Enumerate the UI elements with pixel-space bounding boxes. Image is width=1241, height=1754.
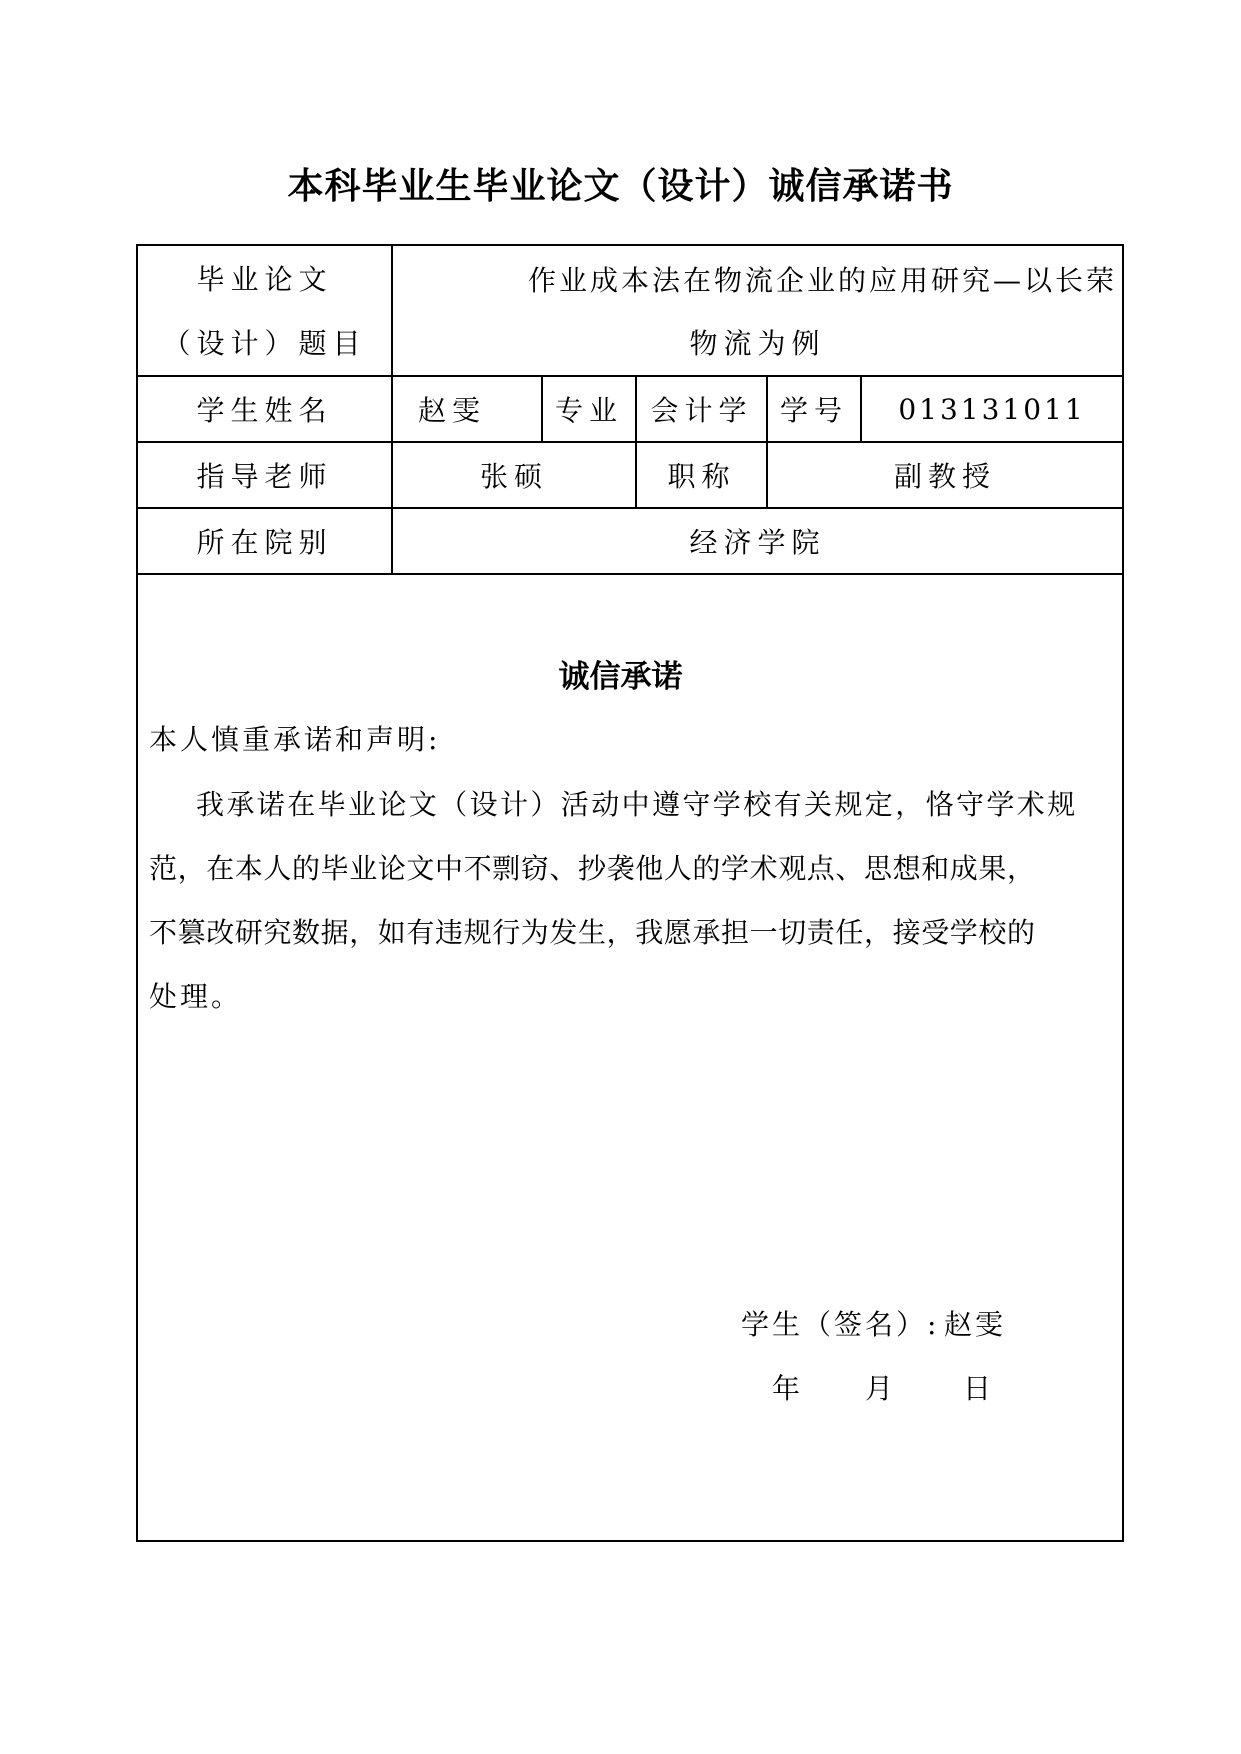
thesis-title-line2: 物流为例 [393, 310, 1122, 374]
student-id-label: 学号 [768, 377, 860, 441]
advisor-label: 指导老师 [138, 443, 391, 507]
table-border-bottom [136, 1540, 1124, 1542]
college-label: 所在院别 [138, 509, 391, 573]
thesis-title-line1: 作业成本法在物流企业的应用研究—以长荣 [528, 259, 1117, 299]
date-day-label: 日 [963, 1367, 994, 1407]
student-name-value: 赵雯 [393, 377, 541, 441]
student-name-label: 学生姓名 [138, 377, 391, 441]
pledge-line: 处理。 [149, 975, 242, 1015]
pledge-heading: 诚信承诺 [0, 651, 1241, 696]
signature-label: 学生（签名）: [741, 1303, 939, 1343]
advisor-title-label: 职称 [637, 443, 766, 507]
student-id-value: 013131011 [862, 377, 1122, 441]
date-month-label: 月 [865, 1367, 896, 1407]
signature-name: 赵雯 [944, 1303, 1006, 1343]
table-border-right [1122, 244, 1124, 1542]
college-value: 经济学院 [393, 509, 1122, 573]
thesis-label-line1: 毕业论文 [138, 246, 391, 310]
pledge-intro: 本人慎重承诺和声明: [149, 718, 440, 758]
advisor-title-value: 副教授 [768, 443, 1122, 507]
major-value: 会计学 [637, 377, 766, 441]
advisor-value: 张硕 [393, 443, 635, 507]
major-label: 专业 [543, 377, 635, 441]
row-divider [136, 573, 1124, 575]
thesis-label-line2: （设计）题目 [138, 310, 391, 374]
document-title: 本科毕业生毕业论文（设计）诚信承诺书 [0, 158, 1241, 209]
pledge-line: 范，在本人的毕业论文中不剽窃、抄袭他人的学术观点、思想和成果， [149, 847, 1036, 887]
date-year-label: 年 [772, 1367, 803, 1407]
pledge-line: 我承诺在毕业论文（设计）活动中遵守学校有关规定，恪守学术规 [196, 783, 1078, 823]
pledge-line: 不篡改研究数据，如有违规行为发生，我愿承担一切责任，接受学校的 [149, 911, 1036, 951]
